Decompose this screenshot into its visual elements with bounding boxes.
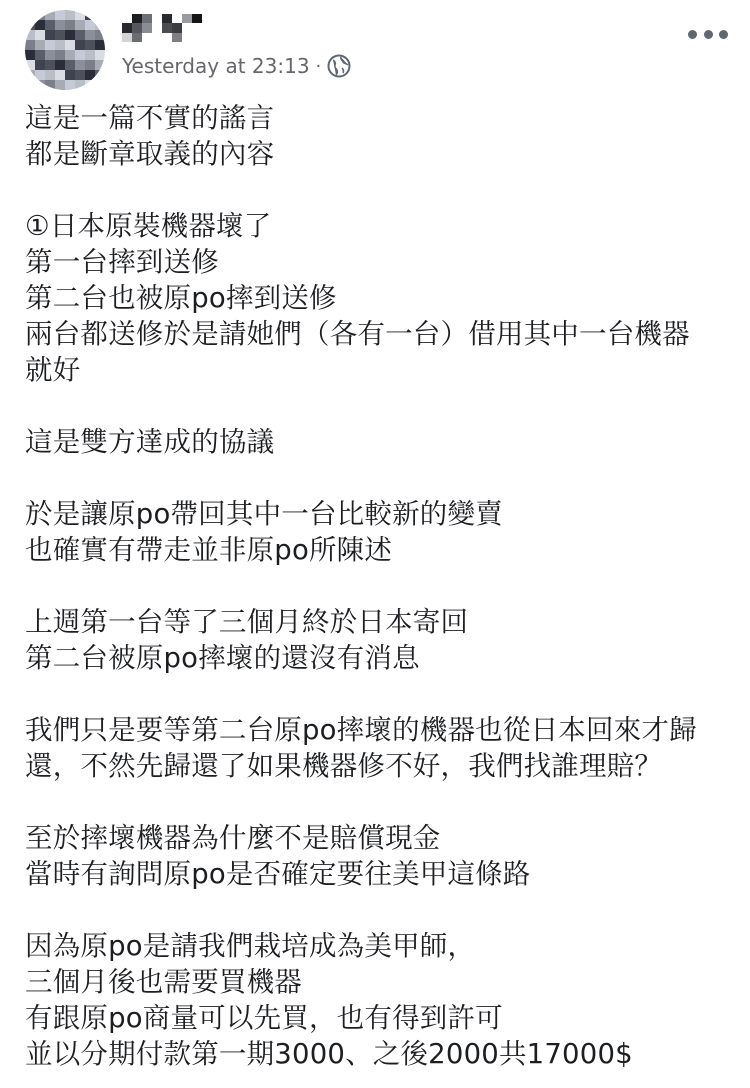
author-name-blurred[interactable]: [122, 14, 202, 42]
post-line: 並以分期付款第一期3000、之後2000共17000$: [25, 1036, 725, 1072]
globe-icon: [327, 54, 351, 78]
post-line: 都是斷章取義的內容: [25, 136, 725, 172]
paragraph-gap: [25, 784, 725, 820]
avatar[interactable]: [25, 10, 105, 90]
post-line: 第二台被原po摔壞的還沒有消息: [25, 640, 725, 676]
post-header: Yesterday at 23:13 ·: [0, 0, 750, 95]
separator: ·: [316, 56, 322, 77]
post-line: 第二台也被原po摔到送修: [25, 280, 725, 316]
post-line: 還，不然先歸還了如果機器修不好，我們找誰理賠？: [25, 748, 725, 784]
post-meta: Yesterday at 23:13 ·: [122, 52, 351, 80]
paragraph-gap: [25, 892, 725, 928]
paragraph-gap: [25, 172, 725, 208]
paragraph-gap: [25, 676, 725, 712]
post-line: 因為原po是請我們栽培成為美甲師，: [25, 928, 725, 964]
post-line: 就好: [25, 352, 725, 388]
post-line: ①日本原裝機器壞了: [25, 208, 725, 244]
post-line: 三個月後也需要買機器: [25, 964, 725, 1000]
post-line: 當時有詢問原po是否確定要往美甲這條路: [25, 856, 725, 892]
post-line: 於是讓原po帶回其中一台比較新的變賣: [25, 496, 725, 532]
post-text: 這是一篇不實的謠言都是斷章取義的內容①日本原裝機器壞了第一台摔到送修第二台也被原…: [25, 100, 725, 1072]
paragraph-gap: [25, 388, 725, 424]
post-line: 兩台都送修於是請她們（各有一台）借用其中一台機器: [25, 316, 725, 352]
post-line: 我們只是要等第二台原po摔壞的機器也從日本回來才歸: [25, 712, 725, 748]
post-line: 這是雙方達成的協議: [25, 424, 725, 460]
paragraph-gap: [25, 460, 725, 496]
paragraph-gap: [25, 568, 725, 604]
post-line: 至於摔壞機器為什麼不是賠償現金: [25, 820, 725, 856]
post-line: 上週第一台等了三個月終於日本寄回: [25, 604, 725, 640]
more-options-button[interactable]: [688, 26, 728, 42]
post-line: 第一台摔到送修: [25, 244, 725, 280]
timestamp[interactable]: Yesterday at 23:13: [122, 54, 310, 78]
post-line: 也確實有帶走並非原po所陳述: [25, 532, 725, 568]
post-line: 這是一篇不實的謠言: [25, 100, 725, 136]
post-line: 有跟原po商量可以先買，也有得到許可: [25, 1000, 725, 1036]
more-horizontal-icon: [688, 30, 697, 39]
